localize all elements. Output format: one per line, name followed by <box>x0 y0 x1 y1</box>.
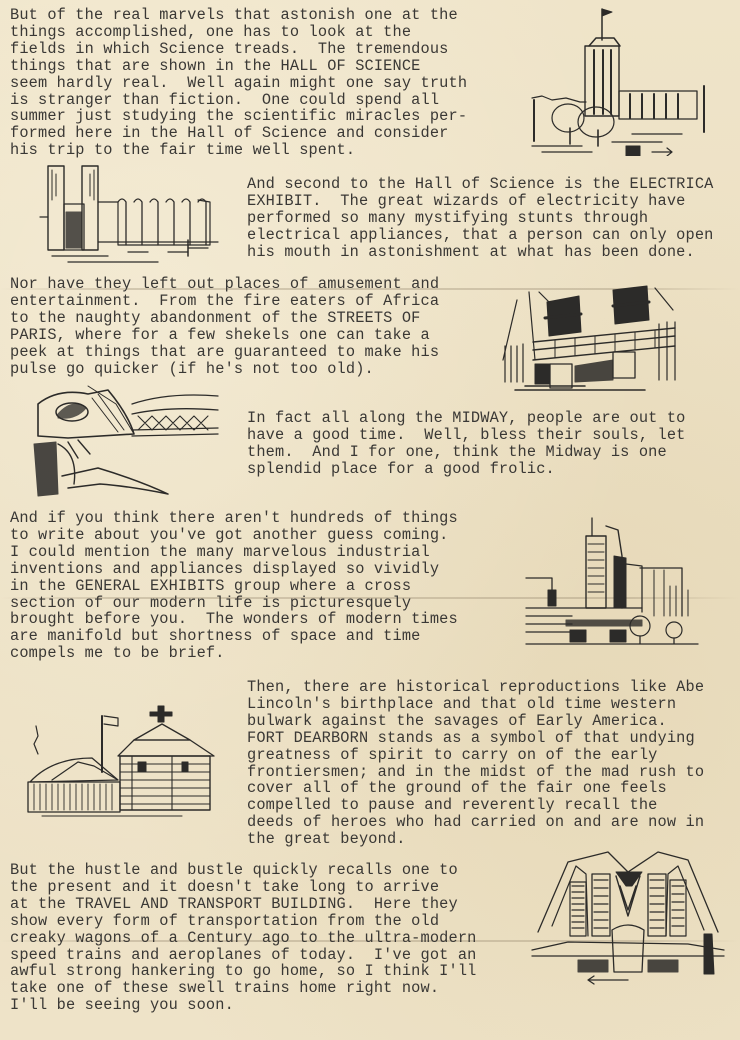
text-line: things accomplished, one has to look at … <box>10 24 467 41</box>
text-line: cover all of the ground of the fair one … <box>247 780 704 797</box>
general-exhibits-illustration <box>522 516 702 646</box>
paragraph-midway: In fact all along the MIDWAY, people are… <box>247 410 686 478</box>
text-line: PARIS, where for a few shekels one can t… <box>10 327 439 344</box>
text-line: his mouth in astonishment at what has be… <box>247 244 713 261</box>
text-line: them. And I for one, think the Midway is… <box>247 444 686 461</box>
text-line: have a good time. Well, bless their soul… <box>247 427 686 444</box>
text-line: creaky wagons of a Century ago to the ul… <box>10 930 476 947</box>
text-line: deeds of heroes who had carried on and a… <box>247 814 704 831</box>
text-line: inventions and appliances displayed so v… <box>10 561 458 578</box>
text-line: But of the real marvels that astonish on… <box>10 7 467 24</box>
text-line: show every form of transportation from t… <box>10 913 476 930</box>
text-line: seem hardly real. Well again might one s… <box>10 75 467 92</box>
text-line: take one of these swell trains home righ… <box>10 980 476 997</box>
text-line: I'll be seeing you soon. <box>10 997 476 1014</box>
text-line: brought before you. The wonders of moder… <box>10 611 458 628</box>
text-line: awful strong hankering to go home, so I … <box>10 963 476 980</box>
text-line: In fact all along the MIDWAY, people are… <box>247 410 686 427</box>
paragraph-travel-transport: But the hustle and bustle quickly recall… <box>10 862 476 1014</box>
paragraph-electrical-exhibit: And second to the Hall of Science is the… <box>247 176 713 261</box>
paragraph-fort-dearborn: Then, there are historical reproductions… <box>247 679 704 848</box>
text-line: is stranger than fiction. One could spen… <box>10 92 467 109</box>
text-line: FORT DEARBORN stands as a symbol of that… <box>247 730 704 747</box>
paragraph-streets-of-paris: Nor have they left out places of amuseme… <box>10 276 439 377</box>
text-line: the present and it doesn't take long to … <box>10 879 476 896</box>
text-line: to write about you've got another guess … <box>10 527 458 544</box>
text-line: speed trains and aeroplanes of today. I'… <box>10 947 476 964</box>
text-line: I could mention the many marvelous indus… <box>10 544 458 561</box>
midway-illustration <box>28 384 228 504</box>
text-line: EXHIBIT. The great wizards of electricit… <box>247 193 713 210</box>
text-line: summer just studying the scientific mira… <box>10 108 467 125</box>
text-line: bulwark against the savages of Early Ame… <box>247 713 704 730</box>
text-line: But the hustle and bustle quickly recall… <box>10 862 476 879</box>
text-line: Lincoln's birthplace and that old time w… <box>247 696 704 713</box>
text-line: greatness of spirit to carry on of the e… <box>247 747 704 764</box>
text-line: splendid place for a good frolic. <box>247 461 686 478</box>
fort-dearborn-illustration <box>22 700 222 820</box>
text-line: formed here in the Hall of Science and c… <box>10 125 467 142</box>
text-line: performed so many mystifying stunts thro… <box>247 210 713 227</box>
text-line: electrical appliances, that a person can… <box>247 227 713 244</box>
text-line: And if you think there aren't hundreds o… <box>10 510 458 527</box>
text-line: Nor have they left out places of amuseme… <box>10 276 439 293</box>
paragraph-general-exhibits: And if you think there aren't hundreds o… <box>10 510 458 662</box>
text-line: to the naughty abandonment of the STREET… <box>10 310 439 327</box>
streets-of-paris-illustration <box>495 280 685 395</box>
text-line: compels me to be brief. <box>10 645 458 662</box>
text-line: in the GENERAL EXHIBITS group where a cr… <box>10 578 458 595</box>
text-line: pulse go quicker (if he's not too old). <box>10 361 439 378</box>
text-line: entertainment. From the fire eaters of A… <box>10 293 439 310</box>
text-line: compelled to pause and reverently recall… <box>247 797 704 814</box>
text-line: Then, there are historical reproductions… <box>247 679 704 696</box>
text-line: And second to the Hall of Science is the… <box>247 176 713 193</box>
text-line: peek at things that are guaranteed to ma… <box>10 344 439 361</box>
travel-transport-illustration <box>528 846 728 986</box>
hall-of-science-illustration <box>522 6 712 156</box>
paragraph-hall-of-science: But of the real marvels that astonish on… <box>10 7 467 159</box>
text-line: fields in which Science treads. The trem… <box>10 41 467 58</box>
electrical-building-illustration <box>38 160 228 270</box>
text-line: his trip to the fair time well spent. <box>10 142 467 159</box>
text-line: frontiersmen; and in the midst of the ma… <box>247 764 704 781</box>
text-line: section of our modern life is picturesqu… <box>10 595 458 612</box>
text-line: are manifold but shortness of space and … <box>10 628 458 645</box>
text-line: things that are shown in the HALL OF SCI… <box>10 58 467 75</box>
text-line: at the TRAVEL AND TRANSPORT BUILDING. He… <box>10 896 476 913</box>
